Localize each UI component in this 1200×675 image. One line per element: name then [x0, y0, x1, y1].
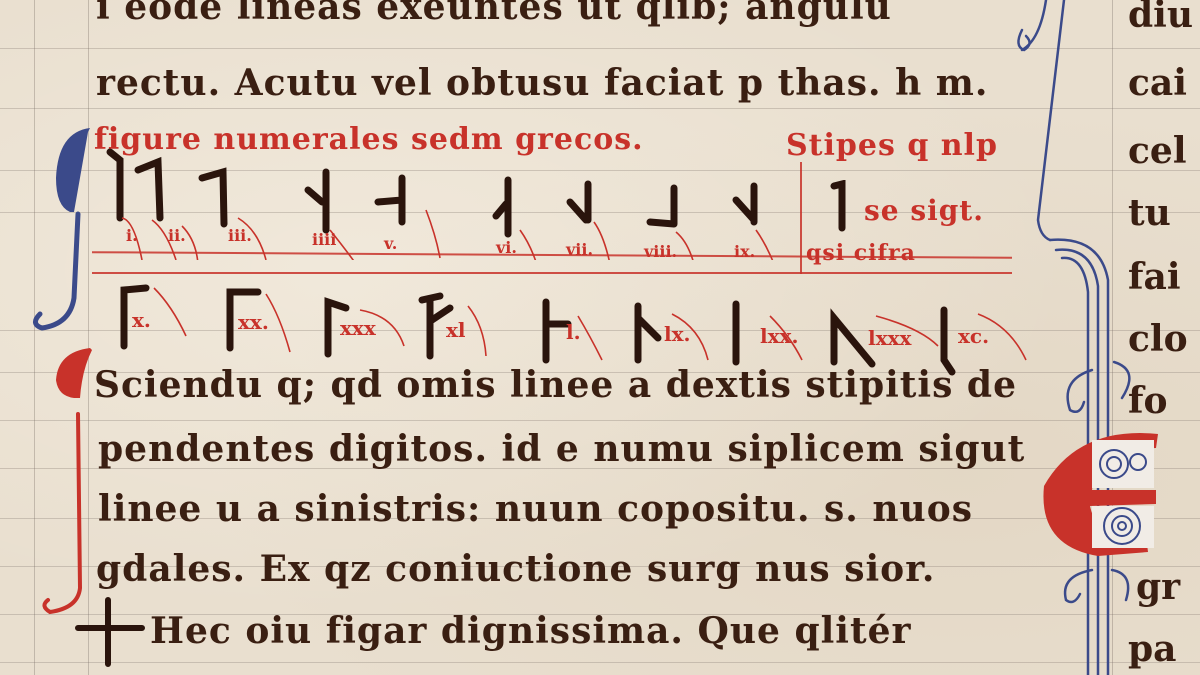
numeral-label: ix.: [734, 242, 755, 261]
numeral-label: x.: [132, 308, 151, 332]
paragraph-line: Hec oiu figar dignissima. Que qlitér: [150, 610, 911, 652]
right-column-line: pa: [1128, 628, 1177, 670]
right-column-line: cel: [1128, 130, 1187, 172]
paragraph-marks: [18, 118, 98, 675]
rubric-side-note: Stipes q nlp: [786, 128, 998, 163]
numeral-label: viii.: [644, 242, 677, 261]
manuscript-page: i eode lineas exeuntes ut qlib; angulu r…: [0, 0, 1200, 675]
numeral-label: l.: [566, 320, 581, 344]
numeral-label: i.: [126, 226, 138, 245]
right-column-line: fai: [1128, 256, 1181, 298]
text-line: rectu. Acutu vel obtusu faciat p thas. h…: [96, 62, 988, 104]
numeral-label: iii.: [228, 226, 252, 245]
numeral-label: iiii: [312, 230, 336, 249]
decorated-initial-e: [1038, 426, 1178, 566]
cifra-glyph: [826, 180, 856, 240]
right-column-line: cai: [1128, 62, 1187, 104]
paragraph-line: gdales. Ex qz coniuctione surg nus sior.: [96, 548, 935, 590]
numeral-label: vii.: [566, 240, 593, 259]
text-line: i eode lineas exeuntes ut qlib; angulu: [96, 0, 892, 28]
numeral-label: xxx: [340, 316, 376, 340]
right-column-line: tu: [1128, 192, 1171, 234]
right-column-line: fo: [1128, 380, 1168, 422]
numeral-row-units: [90, 140, 810, 260]
cifra-caption: qsi cifra: [806, 240, 916, 266]
numeral-label: lxx.: [760, 324, 798, 348]
right-column-line: gr: [1136, 566, 1180, 608]
paragraph-line: linee u a sinistris: nuun copositu. s. n…: [98, 488, 973, 530]
numeral-label: lxxx: [868, 326, 911, 350]
numeral-label: xc.: [958, 324, 989, 348]
numeral-label: xl: [446, 318, 466, 342]
marginal-flourish: [1000, 0, 1140, 675]
right-column-line: clo: [1128, 318, 1188, 360]
numeral-label: ii.: [168, 226, 186, 245]
right-column-line: diu: [1128, 0, 1193, 36]
paragraph-line: pendentes digitos. id e numu siplicem si…: [98, 428, 1025, 470]
numeral-label: v.: [384, 234, 397, 253]
numeral-label: xx.: [238, 310, 269, 334]
red-rule: [92, 272, 1012, 274]
numeral-label: vi.: [496, 238, 517, 257]
numeral-label: lx.: [664, 322, 690, 346]
cifra-label: se sigt.: [864, 194, 984, 227]
paragraph-line: Sciendu q; qd omis linee a dextis stipit…: [94, 364, 1017, 406]
